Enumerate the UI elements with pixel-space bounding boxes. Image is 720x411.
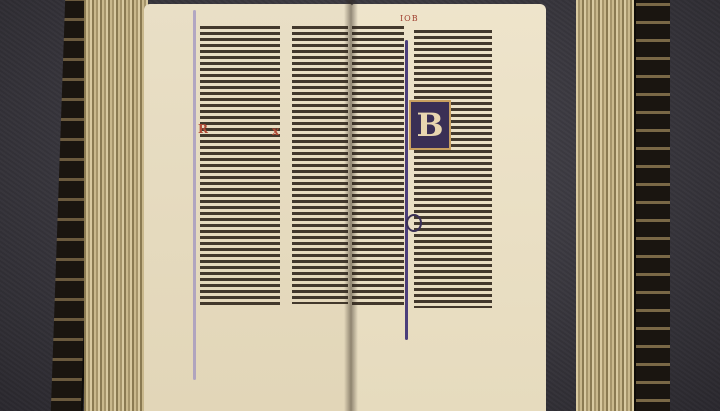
left-page-edges <box>84 0 148 411</box>
text-column <box>352 26 404 306</box>
right-page-edges <box>576 0 638 411</box>
rubric-mark: x <box>272 124 282 134</box>
right-cover-tooled-edge <box>634 0 670 411</box>
penwork-flourish <box>405 40 408 340</box>
rubric-mark: R <box>198 122 208 132</box>
decorated-initial-o <box>406 214 422 232</box>
text-column <box>414 30 492 308</box>
illuminated-initial: B <box>409 100 451 150</box>
text-column <box>292 26 348 304</box>
text-column <box>200 26 280 306</box>
right-running-header: IOB <box>400 14 419 23</box>
penwork-flourish <box>193 10 196 380</box>
